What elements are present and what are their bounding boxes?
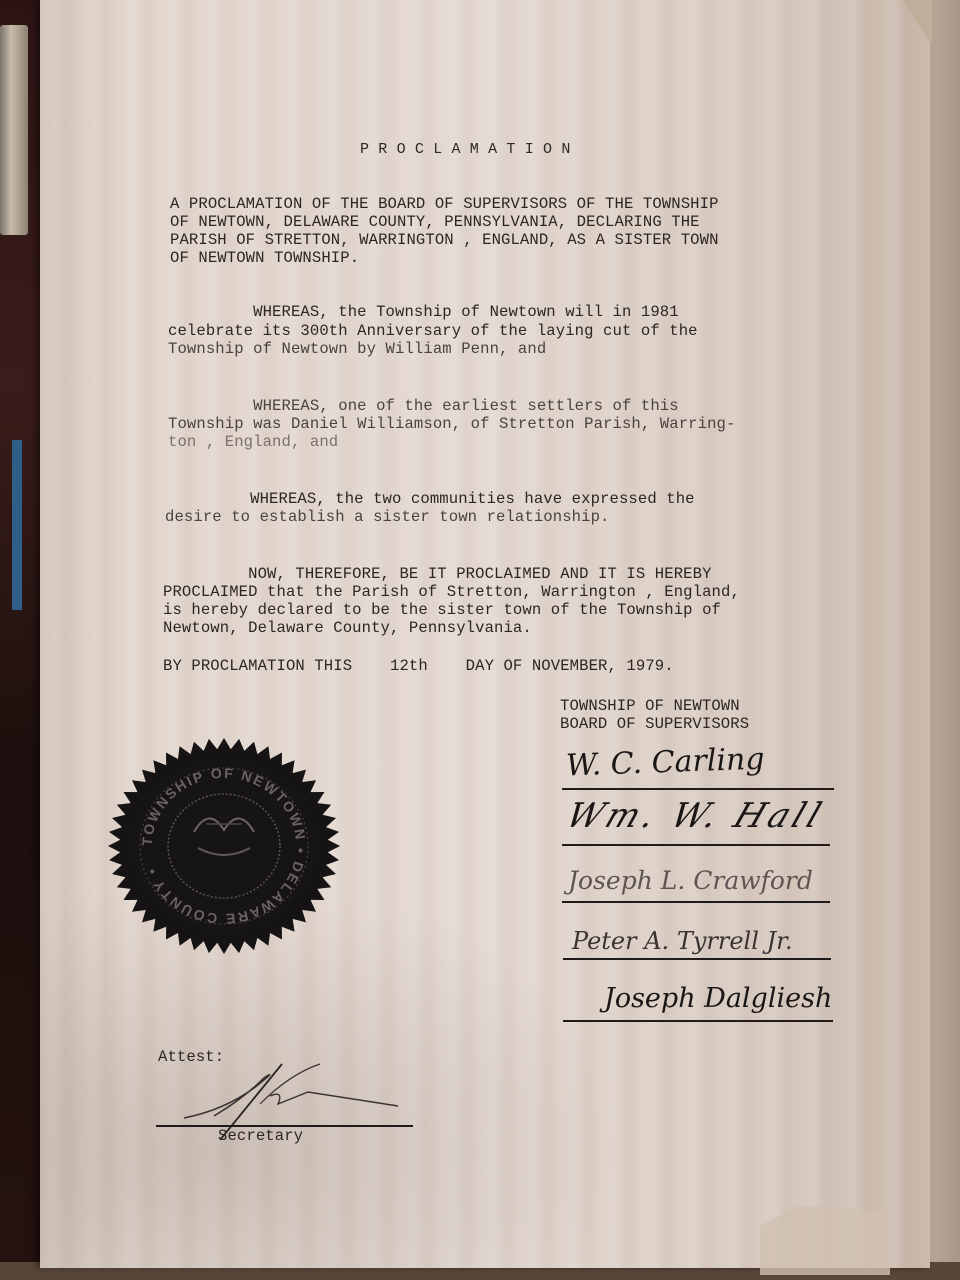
background-right — [930, 0, 960, 1280]
proclamation-date: BY PROCLAMATION THIS 12th DAY OF NOVEMBE… — [163, 657, 674, 676]
signature-2: Wm. W. Hall — [561, 796, 831, 836]
signature-1: W. C. Carling — [565, 742, 765, 784]
paragraph-line: WHEREAS, the two communities have expres… — [165, 490, 695, 509]
paragraph-line: Township was Daniel Williamson, of Stret… — [168, 415, 735, 434]
paragraph-line: PROCLAIMED that the Parish of Stretton, … — [163, 583, 740, 602]
board-name-line1: TOWNSHIP OF NEWTOWN — [560, 697, 740, 716]
paragraph-line: Township of Newtown by William Penn, and — [168, 340, 546, 359]
board-name-line2: BOARD OF SUPERVISORS — [560, 715, 749, 734]
signature-line — [562, 844, 830, 846]
signature-5: Joseph Dalgliesh — [604, 983, 832, 1014]
signature-line — [563, 1020, 833, 1022]
township-seal-icon: TOWNSHIP OF NEWTOWN • DELAWARE COUNTY • — [106, 736, 342, 956]
signature-4: Peter A. Tyrrell Jr. — [572, 927, 793, 955]
paragraph-line: ton , England, and — [168, 433, 338, 452]
document-title: PROCLAMATION — [360, 141, 580, 160]
preamble-line: OF NEWTOWN, DELAWARE COUNTY, PENNSYLVANI… — [170, 213, 700, 232]
paragraph-line: celebrate its 300th Anniversary of the l… — [168, 322, 698, 341]
signature-line — [563, 958, 831, 960]
paragraph-line: Newtown, Delaware County, Pennsylvania. — [163, 619, 532, 638]
paragraph-line: WHEREAS, the Township of Newtown will in… — [168, 303, 679, 322]
svg-text:J. B.: J. B. — [299, 1107, 303, 1109]
preamble-line: OF NEWTOWN TOWNSHIP. — [170, 249, 359, 268]
background-rolled-paper — [0, 25, 28, 235]
signature-line — [562, 901, 830, 903]
paragraph-line: NOW, THEREFORE, BE IT PROCLAIMED AND IT … — [163, 565, 712, 584]
attest-role: Secretary — [218, 1127, 303, 1146]
paragraph-line: desire to establish a sister town relati… — [165, 508, 610, 527]
paragraph-line: WHEREAS, one of the earliest settlers of… — [168, 397, 679, 416]
torn-corner — [760, 1205, 890, 1275]
signature-line — [562, 788, 834, 790]
preamble-line: PARISH OF STRETTON, WARRINGTON , ENGLAND… — [170, 231, 719, 250]
preamble-line: A PROCLAMATION OF THE BOARD OF SUPERVISO… — [170, 195, 719, 214]
background-blue-object — [12, 440, 22, 610]
signature-3: Joseph L. Crawford — [568, 866, 813, 895]
paragraph-line: is hereby declared to be the sister town… — [163, 601, 721, 620]
